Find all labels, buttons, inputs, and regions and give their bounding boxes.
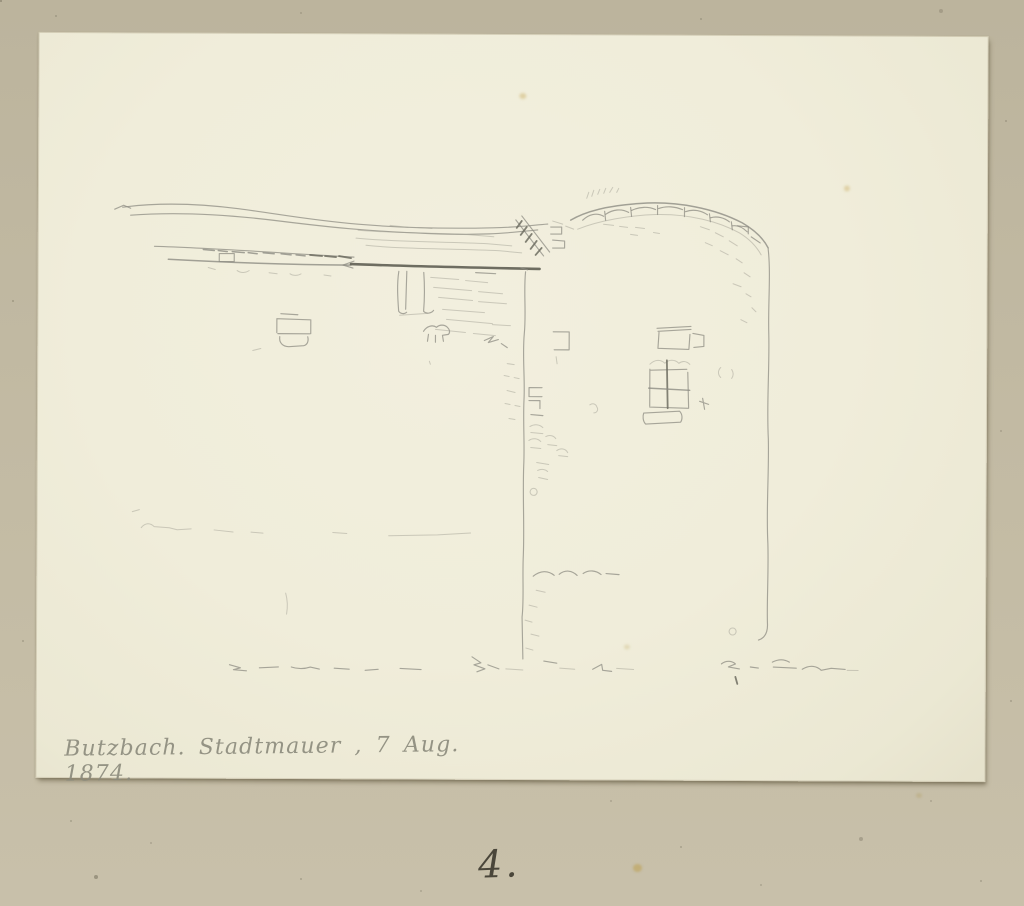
drawing-sheet: Butzbach. Stadtmauer , 7 Aug. 1874.: [35, 32, 988, 782]
junction-rubble: [503, 364, 620, 651]
tower-windows: [552, 326, 738, 635]
tower-top-stones: [583, 187, 748, 236]
roof-ridge: [115, 204, 548, 235]
pencil-sketch: [36, 33, 987, 781]
mount-speckles: [0, 0, 2, 2]
ground-line: [229, 593, 858, 685]
terrace-line: [132, 510, 470, 536]
figure-number: 4.: [477, 841, 521, 886]
tower-outline: [569, 203, 770, 641]
tower-right-rubble: [700, 226, 760, 323]
artwork-caption: Butzbach. Stadtmauer , 7 Aug. 1874.: [64, 731, 525, 786]
roof-surface: [356, 225, 522, 253]
wall-eaves: [154, 246, 539, 277]
mount-board: Butzbach. Stadtmauer , 7 Aug. 1874. 4.: [0, 0, 1024, 906]
junction-line: [522, 272, 526, 659]
gate-door: [397, 271, 433, 315]
mount-stain: [633, 864, 642, 872]
mount-stain: [916, 793, 922, 798]
wall-scribbles: [423, 325, 507, 365]
wall-hatching: [430, 277, 510, 335]
wall-window: [253, 314, 311, 351]
